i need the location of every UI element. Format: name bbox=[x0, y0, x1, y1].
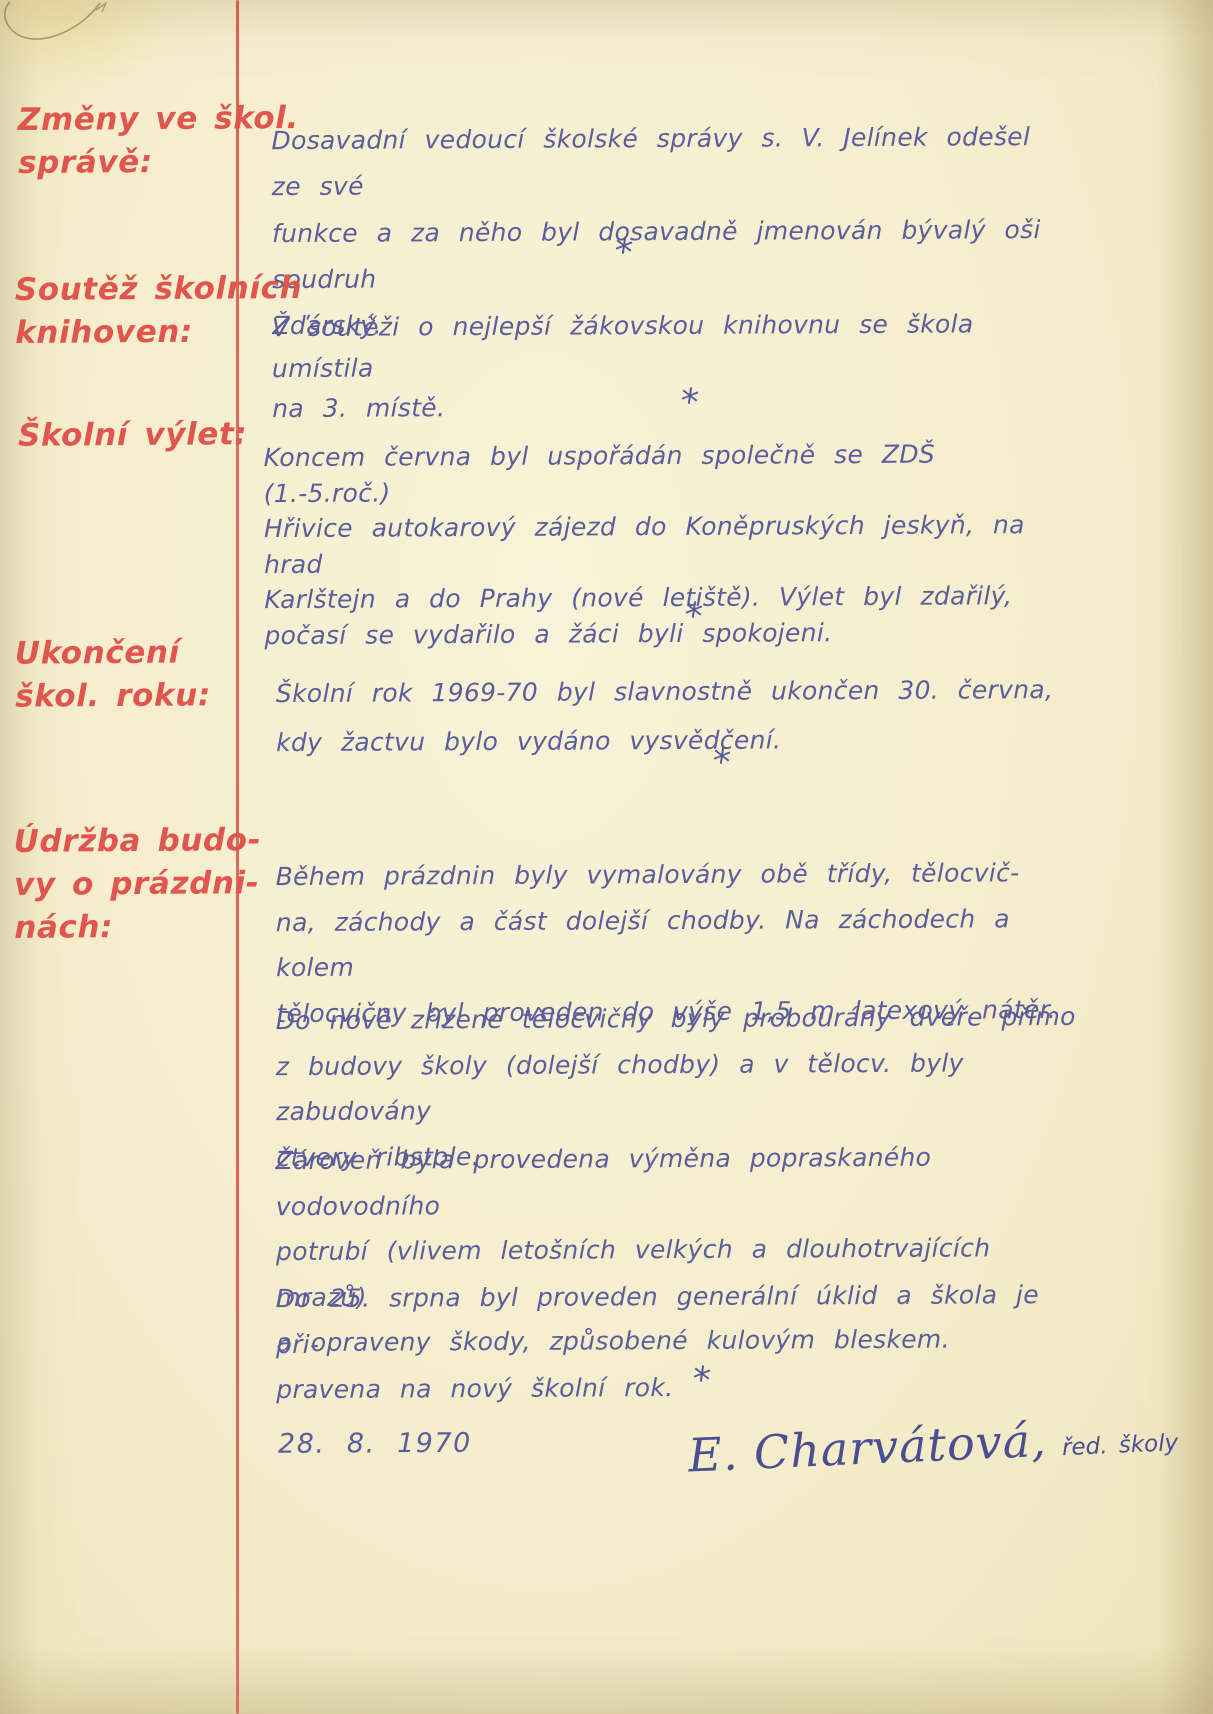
section-heading-library-competition: Soutěž školních knihoven: bbox=[15, 267, 303, 355]
section-heading-school-administration-changes: Změny ve škol. správě: bbox=[18, 97, 300, 184]
section-heading-school-trip: Školní výlet: bbox=[18, 413, 248, 457]
entry-date: 28. 8. 1970 bbox=[278, 1427, 578, 1460]
signature-role: řed. školy bbox=[1061, 1430, 1178, 1461]
section-heading-building-maintenance: Údržba budo- vy o prázdni- nách: bbox=[14, 819, 262, 949]
chronicle-page: Změny ve škol. správě: Dosavadní vedoucí… bbox=[0, 0, 1213, 1714]
maintenance-paragraph-general-cleaning: Do 25. srpna byl proveden generální úkli… bbox=[276, 1272, 1087, 1413]
signature: E. Charvátová, řed. školy bbox=[687, 1408, 1169, 1483]
section-heading-school-year-end: Ukončení škol. roku: bbox=[15, 631, 211, 718]
page-corner-curl-icon bbox=[0, 0, 160, 70]
section-body-library-competition: V soutěži o nejlepší žákovskou knihovnu … bbox=[272, 304, 1063, 430]
section-body-school-year-end: Školní rok 1969-70 byl slavnostně ukonče… bbox=[276, 666, 1076, 768]
section-body-school-trip: Koncem června byl uspořádán společně se … bbox=[263, 436, 1074, 653]
signature-name: E. Charvátová, bbox=[687, 1413, 1048, 1483]
